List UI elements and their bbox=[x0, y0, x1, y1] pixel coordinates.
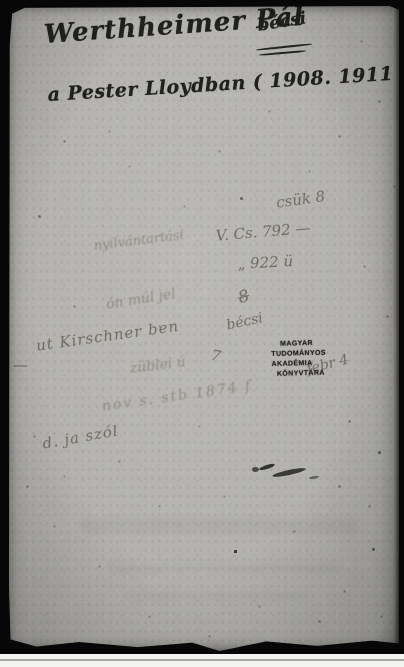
library-stamp-line2: TUDOMÁNYOS AKADÉMIA bbox=[271, 347, 367, 370]
handwriting-crossed-mark: 8 bbox=[236, 286, 252, 308]
handwriting-zublei: züblei ú bbox=[129, 354, 187, 377]
ink-smudge bbox=[309, 475, 319, 480]
bleed-through-ghost bbox=[109, 562, 339, 574]
book-flyleaf-page: Werthheimer Pál bécsi a Pester Lloydban … bbox=[9, 6, 399, 651]
ink-smudge bbox=[272, 467, 306, 479]
handwriting-csuk: csük 8 bbox=[275, 187, 326, 212]
bleed-through-ghost bbox=[79, 518, 359, 534]
handwriting-nov: nov s. stb 1874 f bbox=[101, 378, 253, 415]
library-stamp: MAGYAR TUDOMÁNYOS AKADÉMIA KÖNYVTÁRA bbox=[271, 337, 368, 379]
handwriting-becsi2: bécsi bbox=[225, 310, 264, 333]
handwriting-shelfmark2: „ 922 ü bbox=[237, 252, 293, 273]
handwriting-margin-dash: — bbox=[13, 356, 28, 374]
ink-smudge bbox=[252, 467, 259, 472]
handwriting-kirschner: ut Kirschner ben bbox=[35, 317, 180, 355]
paper-speckles bbox=[9, 6, 10, 7]
underline-stroke-2 bbox=[259, 50, 306, 56]
handwriting-dja: d. ja szól bbox=[41, 422, 120, 453]
library-stamp-line3: KÖNYVTÁRA bbox=[277, 367, 368, 379]
handwriting-scrawl: nyilvántartási bbox=[93, 228, 185, 254]
handwriting-seven: 7 bbox=[209, 346, 222, 366]
scan-strip-line bbox=[0, 659, 404, 661]
handwriting-shelfmark1: V. Cs. 792 — bbox=[215, 219, 311, 245]
handwriting-onmul: ón múl jel bbox=[105, 286, 177, 313]
ink-smudge bbox=[259, 463, 275, 472]
handwriting-source-line: a Pester Lloydban ( 1908. 1911 12 bbox=[47, 61, 404, 106]
bleed-through-ghost bbox=[127, 591, 312, 601]
